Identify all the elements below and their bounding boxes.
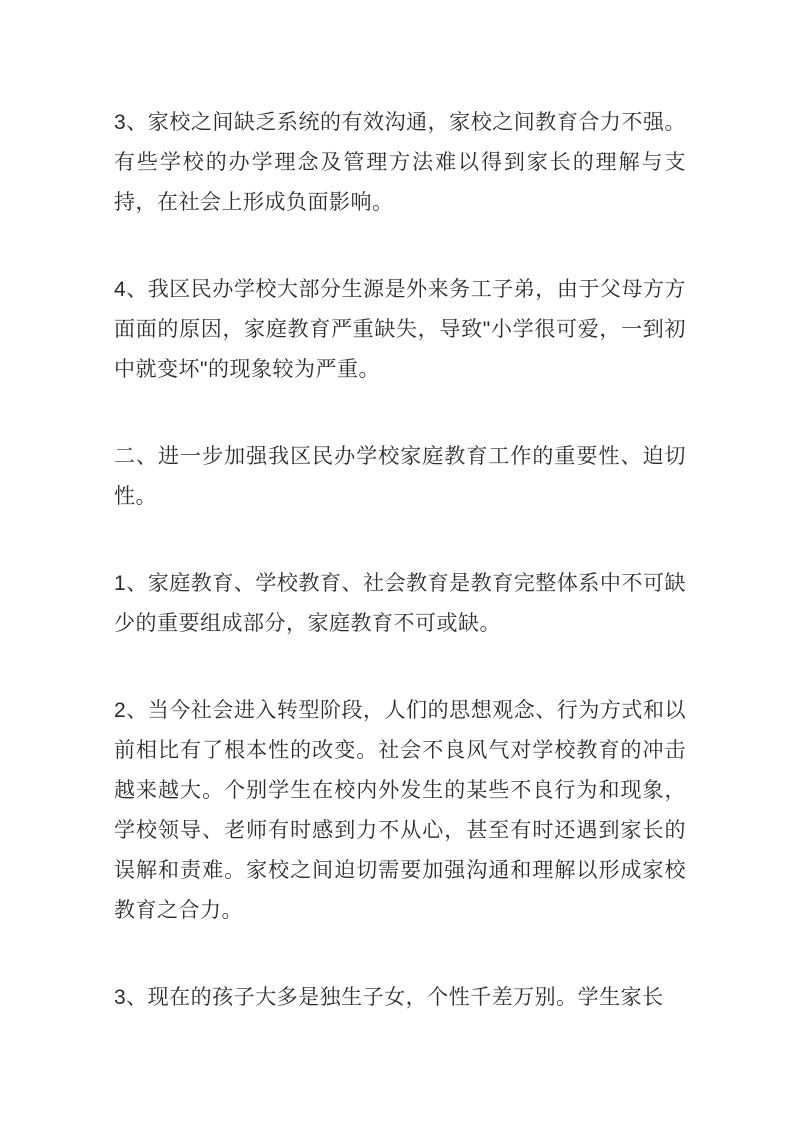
document-content: 3、家校之间缺乏系统的有效沟通，家校之间教育合力不强。有些学校的办学理念及管理方… (114, 103, 686, 1018)
paragraph-point-3: 3、现在的孩子大多是独生子女，个性千差万别。学生家长 (114, 978, 686, 1018)
paragraph-issue-3: 3、家校之间缺乏系统的有效沟通，家校之间教育合力不强。有些学校的办学理念及管理方… (114, 103, 686, 223)
paragraph-issue-4: 4、我区民办学校大部分生源是外来务工子弟，由于父母方方面面的原因，家庭教育严重缺… (114, 270, 686, 390)
paragraph-point-2: 2、当今社会进入转型阶段，人们的思想观念、行为方式和以前相比有了根本性的改变。社… (114, 691, 686, 931)
document-page: 3、家校之间缺乏系统的有效沟通，家校之间教育合力不强。有些学校的办学理念及管理方… (0, 0, 793, 1122)
section-heading-2: 二、进一步加强我区民办学校家庭教育工作的重要性、迫切性。 (114, 437, 686, 517)
paragraph-point-1: 1、家庭教育、学校教育、社会教育是教育完整体系中不可缺少的重要组成部分，家庭教育… (114, 564, 686, 644)
